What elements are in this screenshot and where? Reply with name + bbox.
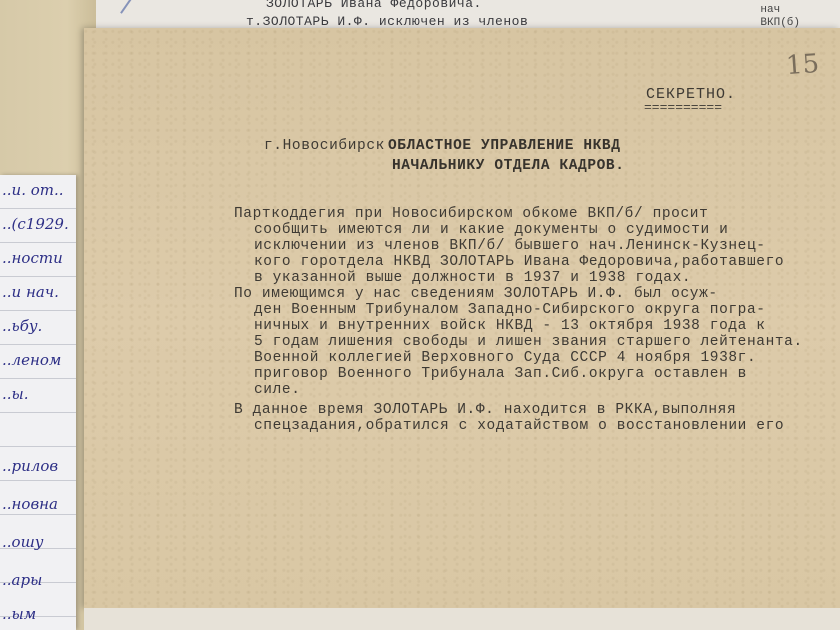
handwritten-note: ..ы. — [2, 385, 29, 403]
text-line: сообщить имеются ли и какие документы о … — [254, 222, 728, 238]
text-line: По имеющимся у нас сведениям ЗОЛОТАРЬ И.… — [234, 286, 718, 302]
text-line: 5 годам лишения свободы и лишен звания с… — [254, 334, 803, 350]
text-line: ден Военным Трибуналом Западно-Сибирског… — [254, 302, 766, 318]
text-line: спецзадания,обратился с ходатайством о в… — [254, 418, 784, 434]
address-city: г.Новосибирск — [264, 138, 385, 154]
handwritten-notebook-strip: ..и. от.. ..(с1929. ..ности ..и нач. ..ь… — [0, 175, 76, 630]
text-line: Военной коллегией Верховного Суда СССР 4… — [254, 350, 756, 366]
typed-document-sheet: 15 СЕКРЕТНО. ========== г.Новосибирск ОБ… — [84, 28, 840, 608]
address-recipient-2: НАЧАЛЬНИКУ ОТДЕЛА КАДРОВ. — [392, 158, 625, 174]
handwritten-note: ..ности — [2, 249, 63, 267]
text-line: ничных и внутренних войск НКВД - 13 октя… — [254, 318, 766, 334]
handwritten-note: ..ары — [2, 571, 42, 589]
classification-underline: ========== — [644, 100, 722, 115]
handwritten-note: ..леном — [2, 351, 61, 369]
text-line: В данное время ЗОЛОТАРЬ И.Ф. находится в… — [234, 402, 736, 418]
handwritten-note: ..новна — [2, 495, 58, 513]
background-corner-text: нач ВКП(б) — [760, 4, 800, 30]
background-line-2: т.ЗОЛОТАРЬ И.Ф. исключен из членов — [246, 14, 528, 29]
page-number: 15 — [785, 49, 820, 81]
handwritten-note: ..ошу — [2, 533, 43, 551]
text-line: приговор Военного Трибунала Зап.Сиб.окру… — [254, 366, 747, 382]
text-line: Парткоддегия при Новосибирском обкоме ВК… — [234, 206, 708, 222]
handwritten-note: ..ым — [2, 605, 36, 623]
sheet-below — [84, 608, 840, 630]
handwritten-note: ..и нач. — [2, 283, 59, 301]
handwritten-note: ..и. от.. — [2, 181, 64, 199]
handwritten-note: ..рилов — [2, 457, 58, 475]
handwritten-note: ..(с1929. — [2, 215, 69, 233]
text-line: в указанной выше должности в 1937 и 1938… — [254, 270, 691, 286]
handwritten-note: ..ьбу. — [2, 317, 42, 335]
address-recipient-1: ОБЛАСТНОЕ УПРАВЛЕНИЕ НКВД — [388, 138, 621, 154]
text-line: кого горотдела НКВД ЗОЛОТАРЬ Ивана Федор… — [254, 254, 784, 270]
background-line-1: ЗОЛОТАРЬ Ивана Федоровича. — [266, 0, 482, 11]
archive-photo: ЗОЛОТАРЬ Ивана Федоровича. т.ЗОЛОТАРЬ И.… — [0, 0, 840, 630]
text-line: исключении из членов ВКП/б/ бывшего нач.… — [254, 238, 766, 254]
text-line: силе. — [254, 382, 301, 398]
